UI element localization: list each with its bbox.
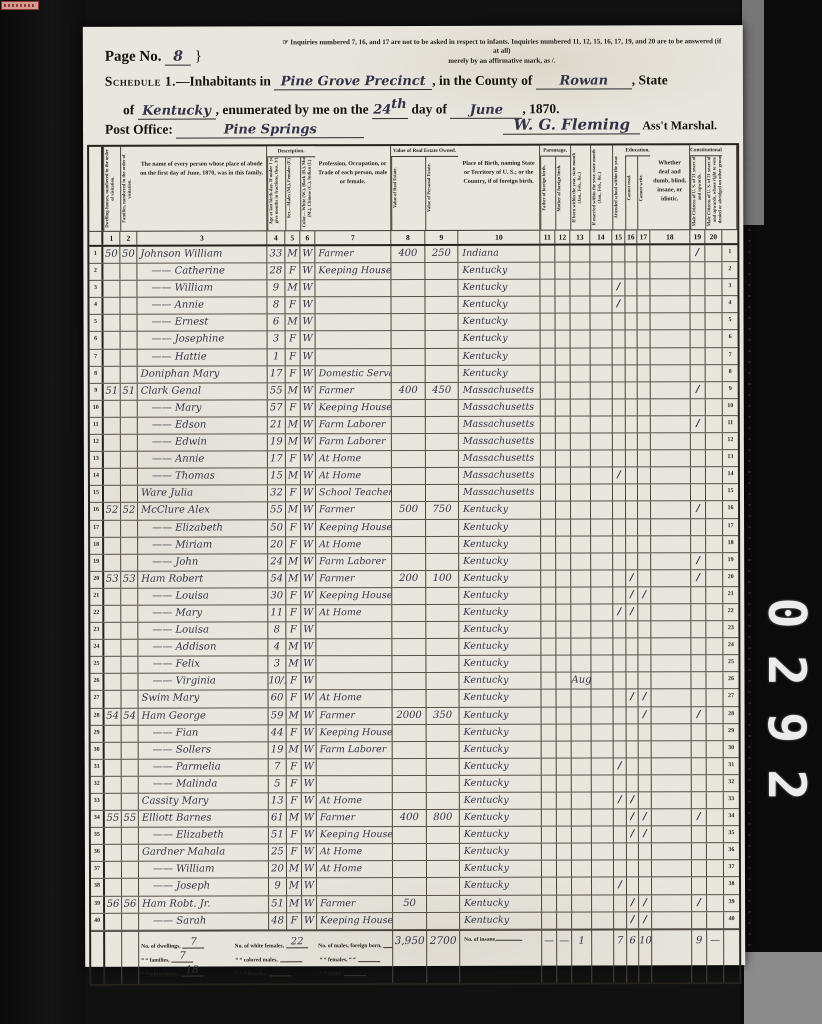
- cell-c18: [652, 707, 692, 723]
- cell-sex: M: [287, 708, 302, 724]
- cell-c18: [652, 826, 692, 842]
- cell-age: 51: [269, 896, 287, 912]
- cell-c13: [572, 707, 592, 723]
- cell-name: Ham Robt. Jr.: [139, 896, 269, 912]
- cell-c19: [692, 861, 707, 877]
- cell-c20: [706, 382, 723, 398]
- cell-sex: F: [286, 520, 301, 536]
- cell-c16: [625, 280, 637, 296]
- column-number: 1: [103, 232, 120, 245]
- cell-c12: [556, 485, 571, 501]
- cell-c13: [571, 451, 591, 467]
- cell-c14: [592, 895, 614, 911]
- cell-c11: [542, 844, 557, 860]
- cell-gr: 18: [723, 536, 738, 552]
- census-table: Dwelling-houses, numbered in the order o…: [87, 143, 741, 985]
- cell-real: [393, 793, 427, 809]
- cell-birth: Kentucky: [460, 758, 542, 774]
- cell-gr: 24: [723, 638, 738, 654]
- cell-c13: [572, 690, 592, 706]
- cell-color: W: [300, 280, 315, 296]
- cell-f: [121, 486, 138, 502]
- column-number-row: 1234567891011121314151617181920: [89, 230, 737, 247]
- cell-pers: [426, 400, 459, 416]
- cell-color: W: [302, 913, 317, 929]
- cell-real: [393, 690, 427, 706]
- cell-gr: 28: [724, 707, 739, 723]
- cell-birth: Kentucky: [458, 297, 540, 313]
- cell-c17: [638, 604, 651, 620]
- cell-f: [121, 657, 138, 673]
- cell-age: 3: [268, 657, 286, 673]
- cell-sex: M: [287, 742, 302, 758]
- cell-sex: F: [286, 622, 301, 638]
- cell-c12: [557, 827, 572, 843]
- cell-occ: [317, 776, 393, 792]
- cell-name: —— Edwin: [138, 434, 268, 450]
- column-header-15: Attended school within the year.: [612, 145, 625, 229]
- instructions-line1: ☞ Inquiries numbered 7, 16, and 17 are n…: [282, 37, 721, 55]
- page-no-label: Page No.: [105, 49, 162, 65]
- cell-c14: [591, 587, 613, 603]
- totals-item: “ “ “ females,: [235, 971, 319, 977]
- cell-c14: [592, 861, 614, 877]
- cell-c14: [592, 690, 614, 706]
- cell-c14: [592, 878, 614, 894]
- cell-sex: M: [286, 417, 301, 433]
- cell-c17: /: [639, 690, 652, 706]
- row-number-gutter: [724, 930, 739, 982]
- cell-c20: [706, 587, 723, 603]
- column-number: 11: [540, 231, 555, 244]
- cell-c20: [706, 638, 723, 654]
- cell-c14: [590, 297, 612, 313]
- cell-name: Johnson William: [137, 246, 267, 262]
- cell-pers: [426, 451, 459, 467]
- cell-occ: Farm Laborer: [316, 434, 392, 450]
- cell-gl: 15: [90, 486, 104, 502]
- cell-color: W: [301, 588, 316, 604]
- cell-c14: [592, 827, 614, 843]
- cell-real: [392, 331, 426, 347]
- table-row: 26—— Virginia10/12FWKentuckyAug26: [90, 672, 738, 691]
- cell-gl: 37: [91, 862, 105, 878]
- cell-sex: F: [286, 349, 301, 365]
- cell-c19: /: [692, 895, 707, 911]
- cell-sex: M: [286, 434, 301, 450]
- cell-c15: [614, 810, 627, 826]
- cell-c15: [614, 690, 627, 706]
- footer-mark-c16: 6: [627, 930, 639, 982]
- cell-c15: [614, 707, 627, 723]
- cell-real: [392, 434, 426, 450]
- cell-gl: 19: [90, 554, 104, 570]
- cell-name: —— Louisa: [138, 622, 268, 638]
- insane-total: No. of insane,: [460, 930, 542, 982]
- cell-birth: Massachusetts: [459, 382, 541, 398]
- cell-c18: [652, 809, 692, 825]
- cell-f: [122, 879, 139, 895]
- cell-c13: [570, 246, 590, 262]
- cell-birth: Kentucky: [460, 878, 542, 894]
- cell-name: —— Sollers: [139, 742, 269, 758]
- cell-occ: Keeping House: [317, 725, 393, 741]
- cell-pers: [427, 827, 460, 843]
- cell-c12: [555, 246, 570, 262]
- cell-pers: 450: [426, 383, 459, 399]
- table-row: 35—— Elizabeth51FWKeeping HouseKentucky/…: [91, 826, 739, 845]
- cell-c18: [651, 638, 691, 654]
- cell-c17: [638, 468, 651, 484]
- cell-c16: /: [627, 690, 639, 706]
- cell-gr: 15: [723, 484, 738, 500]
- cell-c20: [707, 809, 724, 825]
- table-row: 8Doniphan Mary17FWDomestic ServantKentuc…: [90, 365, 738, 384]
- cell-c15: [614, 895, 627, 911]
- column-header-13: If born within the year, state month (Ja…: [570, 146, 590, 230]
- cell-gr: 19: [723, 553, 738, 569]
- cell-birth: Kentucky: [460, 827, 542, 843]
- cell-birth: Massachusetts: [459, 485, 541, 501]
- cell-gr: 35: [724, 826, 739, 842]
- cell-c19: /: [690, 245, 705, 261]
- cell-c14: [591, 434, 613, 450]
- cell-age: 9: [269, 879, 287, 895]
- cell-c11: [541, 622, 556, 638]
- cell-c14: [591, 570, 613, 586]
- cell-c20: [707, 707, 724, 723]
- cell-gl: 10: [90, 401, 104, 417]
- column-number: 5: [285, 231, 300, 244]
- cell-c14: [592, 758, 614, 774]
- cell-c13: [572, 878, 592, 894]
- cell-c16: [626, 621, 638, 637]
- totals-item: “ “ blind,: [320, 971, 391, 977]
- cell-c19: [691, 485, 706, 501]
- cell-c19: [691, 673, 706, 689]
- cell-pers: 750: [426, 502, 459, 518]
- table-row: 3—— William9MWKentucky/3: [89, 279, 737, 298]
- cell-pers: [426, 468, 459, 484]
- cell-age: 24: [268, 554, 286, 570]
- cell-f: [122, 725, 139, 741]
- cell-name: —— Sarah: [139, 913, 269, 929]
- cell-c13: [570, 263, 590, 279]
- cell-c19: [691, 587, 706, 603]
- cell-c11: [541, 673, 556, 689]
- table-row: 27Swim Mary60FWAt HomeKentucky//27: [91, 690, 739, 709]
- cell-real: [392, 349, 426, 365]
- cell-c13: [571, 536, 591, 552]
- cell-color: W: [302, 759, 317, 775]
- cell-c18: [651, 656, 691, 672]
- cell-c12: [556, 622, 571, 638]
- cell-c16: /: [627, 810, 639, 826]
- cell-gl: 14: [90, 469, 104, 485]
- cell-color: W: [302, 879, 317, 895]
- cell-d: [104, 554, 121, 570]
- table-row: 13—— Annie17FWAt HomeMassachusetts13: [90, 450, 738, 469]
- cell-gr: 30: [724, 741, 739, 757]
- cell-sex: F: [287, 793, 302, 809]
- totals-line: “ “ white males,18“ “ “ females,“ “ blin…: [141, 964, 390, 978]
- cell-c16: [626, 382, 638, 398]
- cell-birth: Kentucky: [458, 263, 540, 279]
- cell-d: [104, 606, 121, 622]
- cell-f: [121, 332, 138, 348]
- column-header-3: The name of every person whose place of …: [137, 146, 267, 230]
- table-row: 11—— Edson21MWFarm LaborerMassachusetts/…: [90, 416, 738, 435]
- column-number: 10: [458, 231, 540, 244]
- cell-sex: M: [286, 315, 301, 331]
- cell-c16: [627, 707, 639, 723]
- cell-occ: At Home: [316, 605, 392, 621]
- cell-c15: [613, 382, 626, 398]
- cell-real: [392, 400, 426, 416]
- totals-value: [344, 975, 366, 976]
- cell-gl: 40: [91, 913, 105, 929]
- cell-gr: 5: [723, 314, 738, 330]
- cell-name: —— Addison: [138, 640, 268, 656]
- cell-c13: [571, 570, 591, 586]
- cell-c18: [650, 245, 690, 261]
- cell-color: W: [301, 486, 316, 502]
- cell-age: 19: [268, 434, 286, 450]
- cell-gr: 32: [724, 775, 739, 791]
- cell-c14: [590, 280, 612, 296]
- cell-f: [122, 862, 139, 878]
- cell-c14: [592, 707, 614, 723]
- cell-gl: 8: [90, 366, 104, 382]
- cell-sex: F: [286, 400, 301, 416]
- cell-c14: [591, 416, 613, 432]
- column-header-6: Color.—White (W.), Black (B.), Mulatto (…: [300, 146, 315, 230]
- scan-edge-bottom-right: [744, 952, 822, 1024]
- column-header-5: Sex.—Males (M.), Females (F.): [285, 146, 300, 230]
- cell-color: W: [301, 674, 316, 690]
- cell-c12: [557, 810, 572, 826]
- cell-c18: [651, 673, 691, 689]
- cell-c20: [707, 724, 724, 740]
- cell-color: W: [301, 468, 316, 484]
- table-row: 95151Clark Genal55MWFarmer400450Massachu…: [90, 382, 738, 401]
- cell-f: [121, 315, 138, 331]
- cell-c18: [651, 502, 691, 518]
- cell-pers: [426, 673, 459, 689]
- table-row: 395656Ham Robt. Jr.51MWFarmer50Kentucky/…: [91, 895, 739, 914]
- cell-age: 55: [268, 503, 286, 519]
- cell-gl: 21: [90, 589, 104, 605]
- cell-f: [121, 554, 138, 570]
- census-form: Page No. 8 } ☞ Inquiries numbered 7, 16,…: [83, 25, 745, 967]
- cell-f: [121, 366, 138, 382]
- cell-occ: [316, 314, 392, 330]
- cell-gl: 17: [90, 520, 104, 536]
- cell-birth: Massachusetts: [459, 434, 541, 450]
- day-value: 24: [373, 103, 391, 118]
- cell-color: W: [301, 332, 316, 348]
- cell-color: W: [302, 725, 317, 741]
- cell-pers: [427, 844, 460, 860]
- cell-c14: [591, 365, 613, 381]
- cell-pers: [425, 280, 458, 296]
- cell-c20: [706, 348, 723, 364]
- cell-pers: [426, 588, 459, 604]
- cell-age: 6: [268, 315, 286, 331]
- cell-d: [104, 469, 121, 485]
- cell-birth: Kentucky: [459, 365, 541, 381]
- cell-c17: [638, 673, 651, 689]
- cell-d: [103, 264, 120, 280]
- cell-real: [392, 554, 426, 570]
- cell-occ: Farm Laborer: [317, 742, 393, 758]
- cell-c17: /: [639, 912, 652, 928]
- column-header-11: Father of foreign birth.: [540, 146, 555, 230]
- form-instructions: ☞ Inquiries numbered 7, 16, and 17 are n…: [279, 37, 725, 66]
- cell-real: [393, 759, 427, 775]
- cell-c18: [652, 758, 692, 774]
- table-row: 25—— Felix3MWKentucky25: [90, 655, 738, 674]
- watermark-texture: [4, 4, 36, 7]
- totals-label: No. of dwellings,: [141, 944, 180, 950]
- cell-occ: Farmer: [317, 708, 393, 724]
- cell-sex: M: [286, 469, 301, 485]
- cell-c16: [626, 399, 638, 415]
- cell-d: 55: [105, 811, 122, 827]
- cell-c16: [625, 263, 637, 279]
- cell-c11: [541, 570, 556, 586]
- cell-c17: [638, 519, 651, 535]
- cell-c14: [591, 639, 613, 655]
- cell-age: 48: [269, 913, 287, 929]
- cell-d: [104, 366, 121, 382]
- cell-c14: [591, 314, 613, 330]
- cell-c14: [592, 792, 614, 808]
- cell-c15: /: [614, 758, 627, 774]
- cell-age: 4: [268, 639, 286, 655]
- cell-real: [392, 366, 426, 382]
- table-row: 37—— William20MWAt HomeKentucky37: [91, 861, 739, 880]
- cell-real: 200: [392, 571, 426, 587]
- cell-gl: 6: [90, 332, 104, 348]
- cell-c18: [652, 775, 692, 791]
- cell-c16: [626, 451, 638, 467]
- cell-c12: [557, 741, 572, 757]
- cell-age: 59: [269, 708, 287, 724]
- cell-age: 57: [268, 400, 286, 416]
- cell-c19: [691, 638, 706, 654]
- of-label: of: [123, 102, 134, 117]
- cell-c14: [590, 263, 612, 279]
- cell-real: [392, 639, 426, 655]
- cell-name: Doniphan Mary: [138, 366, 268, 382]
- cell-gr: 8: [723, 365, 738, 381]
- cell-color: W: [301, 417, 316, 433]
- cell-sex: F: [286, 537, 301, 553]
- cell-d: [104, 315, 121, 331]
- signature-value: W. G. Fleming: [503, 115, 640, 134]
- cell-color: W: [302, 810, 317, 826]
- cell-occ: Farmer: [317, 810, 393, 826]
- cell-c11: [542, 912, 557, 928]
- cell-occ: [317, 759, 393, 775]
- cell-c12: [556, 451, 571, 467]
- cell-c11: [541, 399, 556, 415]
- cell-c19: [692, 775, 707, 791]
- totals-item: “ “ families,7: [141, 952, 235, 964]
- cell-gl: 4: [89, 298, 103, 314]
- cell-age: 61: [269, 810, 287, 826]
- cell-birth: Kentucky: [459, 673, 541, 689]
- cell-d: [105, 828, 122, 844]
- instructions-line2: merely by an affirmative mark, as /.: [448, 57, 555, 65]
- cell-c17: [638, 314, 651, 330]
- cell-gl: 18: [90, 537, 104, 553]
- cell-f: 50: [120, 247, 137, 263]
- cell-name: —— Mary: [138, 400, 268, 416]
- cell-c14: [591, 502, 613, 518]
- cell-d: [105, 691, 122, 707]
- cell-occ: [317, 879, 393, 895]
- cell-c20: [706, 450, 723, 466]
- cell-c18: [652, 844, 692, 860]
- cell-f: 52: [121, 503, 138, 519]
- cell-c18: [652, 895, 692, 911]
- cell-c13: [572, 827, 592, 843]
- cell-f: [121, 469, 138, 485]
- cell-real: [392, 656, 426, 672]
- cell-c12: [557, 690, 572, 706]
- cell-occ: Keeping House: [316, 520, 392, 536]
- cell-sex: F: [286, 605, 301, 621]
- cell-age: 44: [269, 725, 287, 741]
- cell-pers: [426, 554, 459, 570]
- cell-c17: /: [639, 809, 652, 825]
- cell-real: [392, 673, 426, 689]
- cell-c20: [707, 826, 724, 842]
- table-row: 18—— Miriam20FWAt HomeKentucky18: [90, 536, 738, 555]
- cell-c11: [540, 263, 555, 279]
- column-header-4: Age at last birth-day. If under 1 year, …: [267, 146, 285, 230]
- cell-c17: [638, 536, 651, 552]
- column-number: 18: [650, 230, 690, 243]
- cell-c18: [651, 570, 691, 586]
- cell-c13: [571, 605, 591, 621]
- totals-item: No. of dwellings,7: [141, 938, 234, 950]
- table-row: 23—— Louisa8FWKentucky23: [90, 621, 738, 640]
- cell-c15: [613, 365, 626, 381]
- cell-birth: Kentucky: [459, 656, 541, 672]
- cell-sex: M: [285, 280, 300, 296]
- cell-name: —— Miriam: [138, 537, 268, 553]
- cell-birth: Kentucky: [459, 331, 541, 347]
- cell-c13: [571, 331, 591, 347]
- cell-pers: [426, 348, 459, 364]
- cell-c11: [541, 314, 556, 330]
- cell-c12: [557, 861, 572, 877]
- cell-real: [392, 588, 426, 604]
- cell-c14: [591, 348, 613, 364]
- cell-color: W: [301, 451, 316, 467]
- column-number: 15: [612, 230, 625, 243]
- insane-blank: [496, 939, 522, 940]
- cell-c15: [614, 724, 627, 740]
- totals-value: 18: [181, 966, 203, 977]
- cell-birth: Kentucky: [459, 639, 541, 655]
- cell-name: Elliott Barnes: [139, 810, 269, 826]
- cell-gl: 7: [90, 349, 104, 365]
- cell-occ: [316, 332, 392, 348]
